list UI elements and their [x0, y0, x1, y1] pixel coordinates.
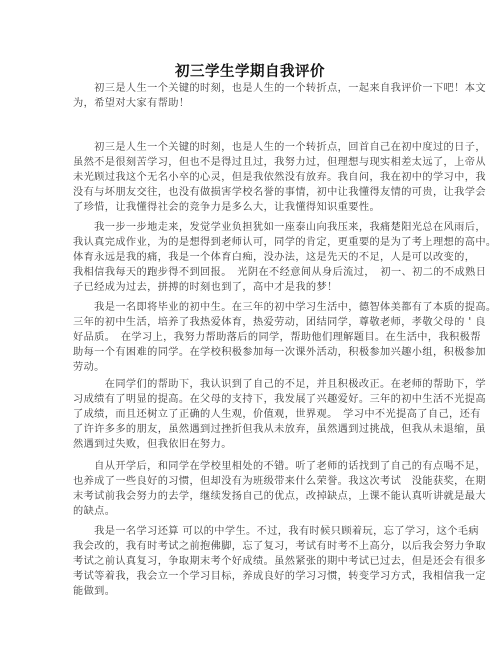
- paragraph-line: 的缺点。: [73, 506, 425, 518]
- paragraph-line: 在同学们的帮助下，我认识到了自己的不足，并且积极改正。在老师的帮助下，学: [73, 379, 425, 391]
- paragraph-line: 我是一名学习还算 可以的中学生。不过，我有时候只顾着玩，忘了学习，这个毛病: [73, 526, 425, 538]
- paragraph-line: 考试等着我，我会立一个学习目标，养成良好的学习习惯，转变学习方式，我相信我一定: [73, 571, 425, 583]
- paragraph-line: 体育永远是我的痛，我是一个体育白痴，没办法，这是先天的不足，人是可以改变的，: [73, 252, 425, 264]
- paragraph-line: 我一步一步地走来，发觉学业负担犹如一座泰山向我压来，我痛楚阳光总在风雨后，: [73, 222, 425, 234]
- paragraph-line: 初三是人生一个关键的时刻，也是人生的一个转折点，一起来自我评价一下吧！本文: [73, 83, 425, 95]
- paragraph-line: 未光顾过我这个无名小卒的心灵，但是我依然没有放弃。我自问，我在初中的学习中，我: [73, 172, 425, 184]
- paragraph-line: 没有与坏朋友交往，也没有做损害学校名誉的事情，初中让我懂得友情的可贵，让我学会: [73, 187, 425, 199]
- document-page: 初三学生学期自我评价 初三是人生一个关键的时刻，也是人生的一个转折点，一起来自我…: [0, 0, 500, 647]
- paragraph-line: 虽然不是很刻苦学习，但也不是得过且过，我努力过，但理想与现实相差太远了，上帝从: [73, 157, 425, 169]
- paragraph-line: 了成绩，而且还树立了正确的人生观，价值观，世界观。 学习中不光提高了自己，还有: [73, 409, 425, 421]
- document-title: 初三学生学期自我评价: [0, 60, 500, 81]
- paragraph-line: 我认真完成作业，为的是想得到老师认可，同学的肯定，更重要的是为了考上理想的高中。: [73, 237, 425, 249]
- paragraph-line: 助每一个有困难的同学。在学校积极参加每一次课外活动，积极参加兴趣小组，积极参加: [73, 347, 425, 359]
- paragraph-line: 子已经成为过去，拼搏的时刻也到了，高中才是我的梦！: [73, 282, 425, 294]
- paragraph-line: 好品质。 在学习上，我努力帮助落后的同学，帮助他们理解题目。在生活中，我积极帮: [73, 332, 425, 344]
- paragraph-line: 习成绩有了明显的提高。在父母的支持下，我发展了兴趣爱好。三年的初中生活不光提高: [73, 394, 425, 406]
- paragraph-line: 能做到。: [73, 586, 425, 598]
- paragraph-line: 自从开学后，和同学在学校里相处的不错。听了老师的话找到了自己的有点喝不足，: [73, 461, 425, 473]
- paragraph-line: 末考试前我会努力的去学，继续发扬自己的优点，改掉缺点，上课不能认真听讲就是最大: [73, 491, 425, 503]
- paragraph-line: 了珍惜，让我懂得社会的竞争力是多么大，让我懂得知识重要性。: [73, 202, 425, 214]
- paragraph-line: 初三是人生一个关键的时刻，也是人生的一个转折点，回首自己在初中度过的日子，: [73, 142, 425, 154]
- paragraph-line: 三年的初中生活，培养了我热爱体育，热爱劳动，团结同学，尊敬老师，孝敬父母的 ' …: [73, 317, 425, 329]
- paragraph-line: 劳动。: [73, 362, 425, 374]
- paragraph-line: 了许许多多的朋友，虽然遇到过挫折但我从未放弃，虽然遇到过挑战，但我从未退缩，虽: [73, 424, 425, 436]
- paragraph-line: 我是一名即将毕业的初中生。在三年的初中学习生活中，德智体美都有了本质的提高。: [73, 302, 425, 314]
- paragraph-line: 也养成了一些良好的习惯，但却没有为班级带来什么荣誉。我这次考试 没能获奖，在期: [73, 476, 425, 488]
- paragraph-line: 我相信我每天的跑步得不到回报。 光阴在不经意间从身后流过， 初一、初二的不成熟日: [73, 267, 425, 279]
- paragraph-line: 我会改的，我有时考试之前抱佛脚，忘了复习，考试有时考不上高分，以后我会努力争取: [73, 541, 425, 553]
- paragraph-line: 考试之前认真复习，争取期末考个好成绩。虽然紧张的期中考试已过去，但是还会有很多: [73, 556, 425, 568]
- paragraph-line: 然遇到过失败，但我依旧在努力。: [73, 439, 425, 451]
- paragraph-line: 为，希望对大家有帮助！: [73, 98, 425, 110]
